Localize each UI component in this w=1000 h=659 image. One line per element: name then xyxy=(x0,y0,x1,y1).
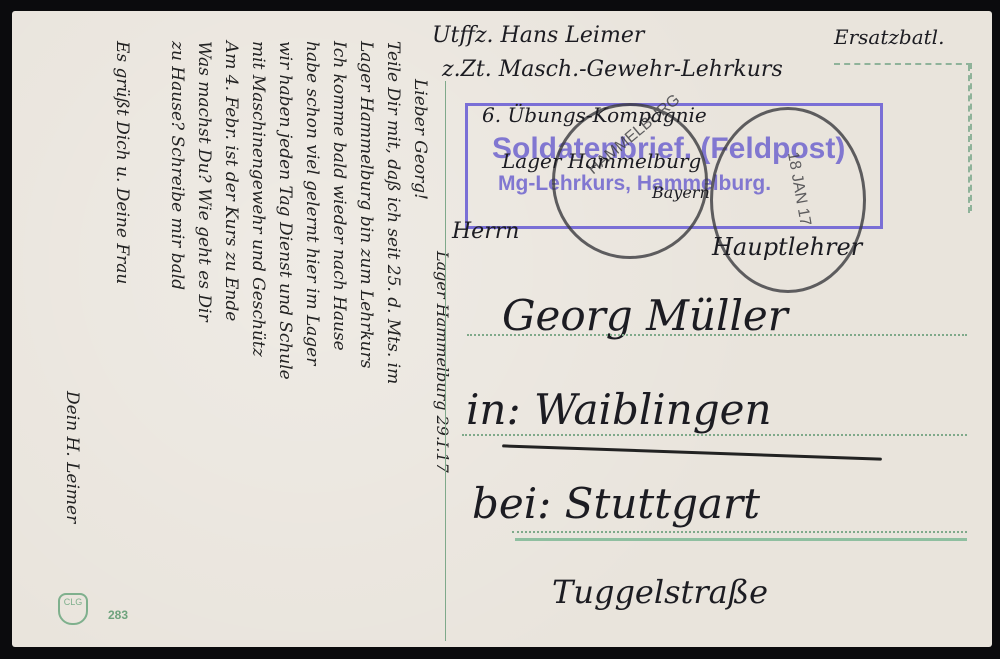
sender-line: z.Zt. Masch.-Gewehr-Lehrkurs xyxy=(442,57,783,82)
message-line: Lieber Georg! xyxy=(410,79,430,200)
message-line: Lager Hammelburg bin zum Lehrkurs xyxy=(356,41,376,368)
message-line: habe schon viel gelernt hier im Lager xyxy=(302,41,322,365)
sender-line: Utffz. Hans Leimer xyxy=(432,23,644,48)
message-line: Es grüßt Dich u. Deine Frau xyxy=(112,41,132,284)
message-line: wir haben jeden Tag Dienst und Schule xyxy=(275,41,295,380)
postmark-date: 18 JAN 17 xyxy=(783,151,814,228)
publisher-number: 283 xyxy=(108,608,128,622)
publisher-logo: CLG xyxy=(58,593,88,625)
sender-line: Lager Hammelburg xyxy=(502,149,701,173)
message-signature: Dein H. Leimer xyxy=(62,391,82,523)
recipient-salutation: Herrn xyxy=(452,219,519,244)
address-line xyxy=(467,334,967,336)
message-dateline: Lager Hammelburg 29.I.17 xyxy=(433,251,452,473)
postmark-circle: 18 JAN 17 xyxy=(710,107,866,293)
sender-line: Bayern xyxy=(652,183,710,202)
recipient-region: bei: Stuttgart xyxy=(472,479,760,528)
center-divider xyxy=(445,81,446,641)
message-line: zu Hause? Schreibe mir bald xyxy=(167,41,187,290)
postcard: Lieber Georg! Teile Dir mit, daß ich sei… xyxy=(12,11,992,647)
message-line: mit Maschinengewehr und Geschütz xyxy=(248,41,268,357)
sender-line: 6. Übungs-Kompagnie xyxy=(482,103,707,127)
recipient-city: in: Waiblingen xyxy=(466,385,772,434)
address-line xyxy=(512,531,967,533)
underline-stroke xyxy=(502,444,882,460)
address-line xyxy=(462,434,967,436)
recipient-title: Hauptlehrer xyxy=(712,233,862,261)
recipient-street: Tuggelstraße xyxy=(552,573,768,611)
message-line: Ich komme bald wieder nach Hause xyxy=(329,41,349,351)
recipient-name: Georg Müller xyxy=(502,291,788,340)
address-line-underscore xyxy=(515,538,967,541)
sender-line: Ersatzbatl. xyxy=(834,25,944,49)
message-line: Am 4. Febr. ist der Kurs zu Ende xyxy=(221,41,241,321)
message-line: Teile Dir mit, daß ich seit 25. d. Mts. … xyxy=(383,41,403,384)
message-line: Was machst Du? Wie geht es Dir xyxy=(194,41,214,322)
